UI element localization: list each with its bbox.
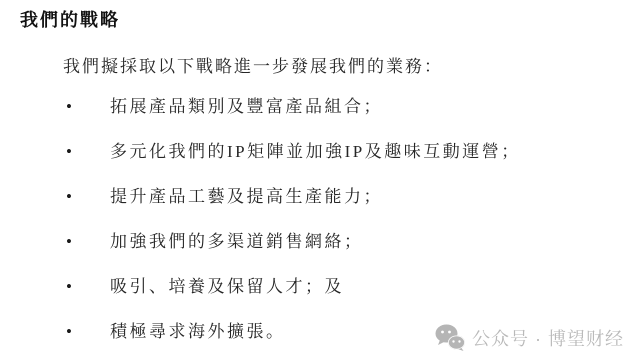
- bullet-dot: •: [66, 142, 110, 162]
- list-item: • 拓展產品類別及豐富產品組合；: [66, 97, 521, 117]
- list-item-text: 提升產品工藝及提高生產能力；: [110, 187, 383, 207]
- section-heading: 我們的戰略: [20, 6, 120, 32]
- list-item-text: 加強我們的多渠道銷售網絡；: [110, 232, 364, 252]
- wechat-icon: [435, 324, 465, 351]
- list-item: • 加強我們的多渠道銷售網絡；: [66, 232, 521, 252]
- bullet-dot: •: [66, 232, 110, 252]
- list-item-text: 積極尋求海外擴張。: [110, 322, 286, 342]
- watermark-label: 公众号 · 博望财经: [472, 325, 624, 351]
- bullet-dot: •: [66, 97, 110, 117]
- bullet-dot: •: [66, 277, 110, 297]
- list-item-text: 吸引、培養及保留人才；及: [110, 277, 344, 297]
- list-item-text: 多元化我們的IP矩陣並加強IP及趣味互動運營；: [110, 142, 521, 162]
- list-item: • 吸引、培養及保留人才；及: [66, 277, 521, 297]
- strategy-bullet-list: • 拓展產品類別及豐富產品組合； • 多元化我們的IP矩陣並加強IP及趣味互動運…: [66, 97, 521, 360]
- document-page: 我們的戰略 我們擬採取以下戰略進一步發展我們的業務： • 拓展產品類別及豐富產品…: [0, 0, 640, 360]
- list-item: • 多元化我們的IP矩陣並加強IP及趣味互動運營；: [66, 142, 521, 162]
- list-item-text: 拓展產品類別及豐富產品組合；: [110, 97, 383, 117]
- list-item: • 提升產品工藝及提高生產能力；: [66, 187, 521, 207]
- watermark-badge: 公众号 · 博望财经: [435, 324, 624, 351]
- intro-paragraph: 我們擬採取以下戰略進一步發展我們的業務：: [63, 52, 443, 77]
- bullet-dot: •: [66, 187, 110, 207]
- bullet-dot: •: [66, 322, 110, 342]
